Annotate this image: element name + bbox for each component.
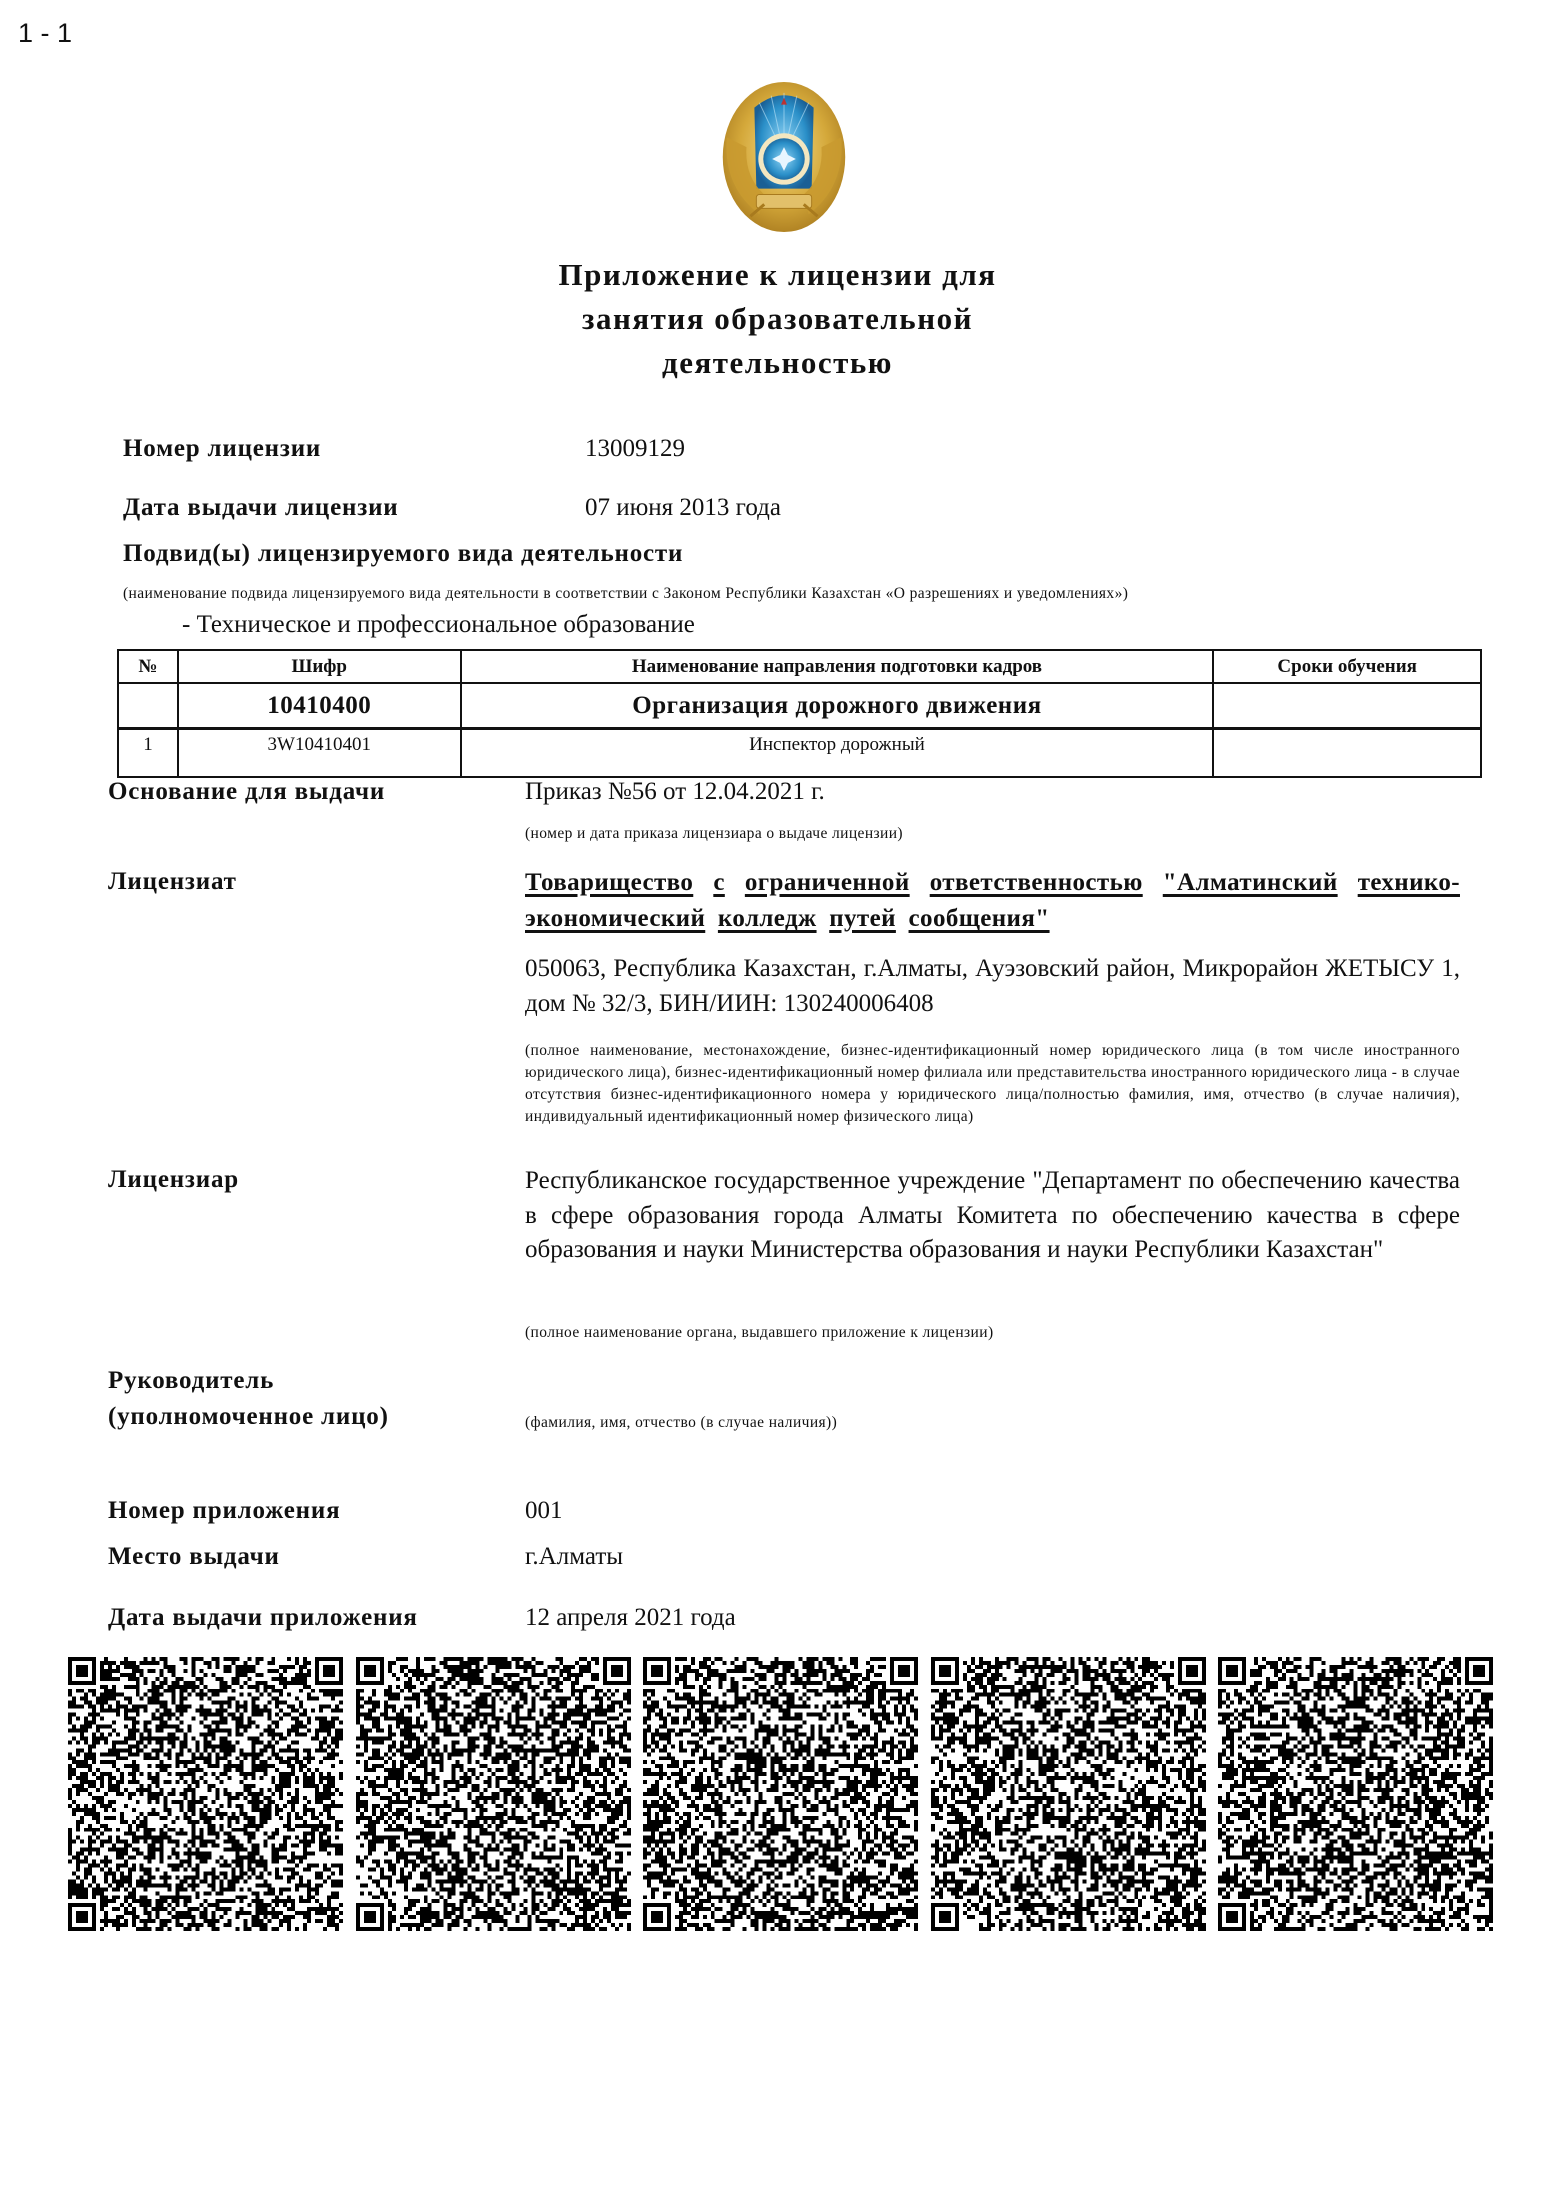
group-name: Организация дорожного движения: [461, 683, 1214, 729]
licensee-note: (полное наименование, местонахождение, б…: [525, 1040, 1460, 1128]
license-date-label: Дата выдачи лицензии: [123, 494, 399, 522]
licensee-name-word: с: [713, 869, 725, 896]
document-title: Приложение к лицензии для занятия образо…: [0, 253, 1555, 385]
table-group-row: 10410400 Организация дорожного движения: [118, 683, 1481, 729]
title-line-1: Приложение к лицензии для: [0, 253, 1555, 297]
page-indicator: 1 - 1: [18, 18, 72, 49]
basis-value: Приказ №56 от 12.04.2021 г.: [525, 778, 825, 806]
licensee-name-word: путей: [829, 905, 896, 932]
appendix-date-value: 12 апреля 2021 года: [525, 1604, 736, 1632]
qr-code-icon: [68, 1657, 343, 1931]
licensee-name-word: сообщения": [909, 905, 1050, 932]
license-date-value: 07 июня 2013 года: [585, 494, 781, 522]
kazakhstan-state-emblem-icon: [705, 78, 863, 236]
appendix-date-label: Дата выдачи приложения: [108, 1604, 418, 1632]
row-number: 1: [118, 729, 178, 778]
group-code: 10410400: [178, 683, 461, 729]
table-row: 1 3W10410401 Инспектор дорожный: [118, 729, 1481, 778]
title-line-2: занятия образовательной: [0, 297, 1555, 341]
qr-code-icon: [643, 1657, 918, 1931]
licensee-name-word: ответственностью: [930, 869, 1143, 896]
licensee-name-word: Товарищество: [525, 869, 693, 896]
header-direction-name: Наименование направления подготовки кадр…: [461, 650, 1214, 683]
head-label-line-1: Руководитель: [108, 1367, 274, 1395]
license-subtype-note: (наименование подвида лицензируемого вид…: [123, 585, 1128, 603]
basis-label: Основание для выдачи: [108, 778, 385, 806]
row-name: Инспектор дорожный: [461, 729, 1214, 778]
license-number-label: Номер лицензии: [123, 435, 321, 463]
licensee-name: Товарищество с ограниченной ответственно…: [525, 865, 1460, 937]
qr-code-icon: [931, 1657, 1206, 1931]
licensee-name-word: колледж: [718, 905, 817, 932]
header-study-term: Сроки обучения: [1213, 650, 1481, 683]
group-term: [1213, 683, 1481, 729]
licensee-name-word: ограниченной: [745, 869, 910, 896]
licensor-value: Республиканское государственное учрежден…: [525, 1164, 1460, 1268]
licensor-note: (полное наименование органа, выдавшего п…: [525, 1324, 994, 1342]
table-header-row: № Шифр Наименование направления подготов…: [118, 650, 1481, 683]
issue-place-value: г.Алматы: [525, 1543, 623, 1571]
head-label-line-2: (уполномоченное лицо): [108, 1403, 389, 1431]
qr-code-icon: [1218, 1657, 1493, 1931]
licensor-label: Лицензиар: [108, 1166, 239, 1194]
header-number: №: [118, 650, 178, 683]
qr-code-strip: [68, 1657, 1493, 1931]
licensee-address: 050063, Республика Казахстан, г.Алматы, …: [525, 951, 1460, 1021]
title-line-3: деятельностью: [0, 341, 1555, 385]
group-number: [118, 683, 178, 729]
license-subtype-value: - Техническое и профессиональное образов…: [182, 611, 695, 639]
training-directions-table: № Шифр Наименование направления подготов…: [117, 649, 1482, 778]
licensee-name-word: "Алматинский: [1163, 869, 1338, 896]
basis-note: (номер и дата приказа лицензиара о выдач…: [525, 825, 903, 843]
row-code: 3W10410401: [178, 729, 461, 778]
header-code: Шифр: [178, 650, 461, 683]
head-note: (фамилия, имя, отчество (в случае наличи…: [525, 1414, 837, 1432]
license-number-value: 13009129: [585, 435, 685, 463]
appendix-number-label: Номер приложения: [108, 1497, 340, 1525]
issue-place-label: Место выдачи: [108, 1543, 280, 1571]
license-subtype-label: Подвид(ы) лицензируемого вида деятельнос…: [123, 540, 683, 568]
appendix-number-value: 001: [525, 1497, 563, 1525]
licensee-label: Лицензиат: [108, 868, 237, 896]
qr-code-icon: [356, 1657, 631, 1931]
row-term: [1213, 729, 1481, 778]
